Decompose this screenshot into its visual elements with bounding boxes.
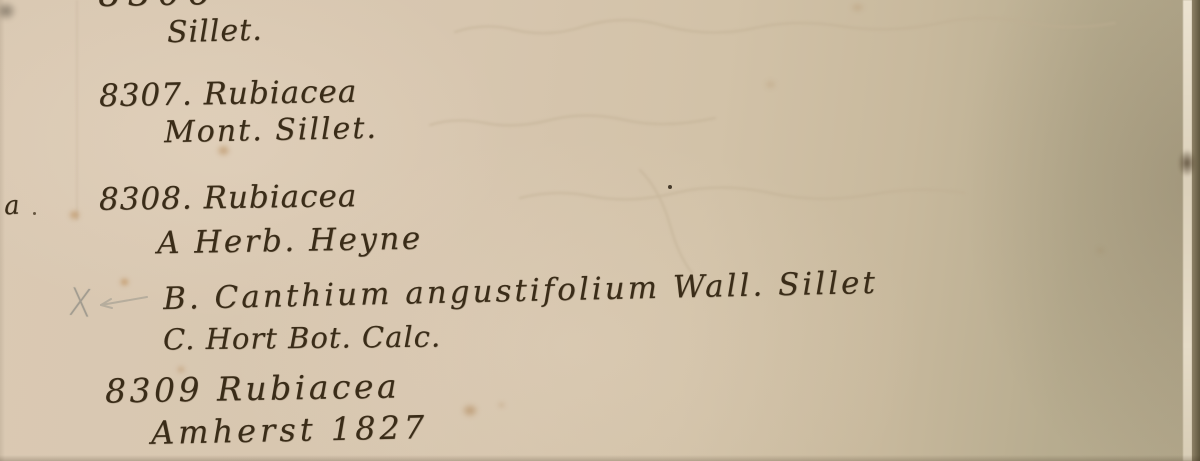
- margin-letter-dot: [33, 212, 36, 215]
- margin-letter-a: a: [3, 190, 21, 221]
- foxing-spot: [119, 277, 130, 287]
- entry-8307-number-family: 8307. Rubiacea: [99, 74, 358, 115]
- foxing-spot: [68, 209, 81, 221]
- pencil-left-arrow-icon: [95, 291, 149, 311]
- foxing-spot: [764, 79, 777, 90]
- entry-8307-locality: Mont. Sillet.: [164, 111, 379, 150]
- pencil-x-mark: X: [67, 279, 94, 326]
- foxing-spot: [850, 2, 865, 13]
- entry-8309-locality-year: Amherst 1827: [151, 408, 429, 452]
- foxing-spot: [497, 401, 506, 409]
- stray-ink-dot: [668, 185, 672, 189]
- foxing-spot: [461, 403, 479, 418]
- entry-number-partial-top: 8306: [98, 0, 218, 15]
- entry-8306-locality: Sillet.: [167, 13, 264, 50]
- foxing-spot: [1095, 246, 1106, 255]
- entry-8308-item-c: C. Hort Bot. Calc.: [163, 320, 441, 357]
- entry-8308-number-family: 8308. Rubiacea: [99, 178, 358, 218]
- entry-8309-number-family: 8309 Rubiacea: [105, 366, 401, 410]
- entry-8308-item-a: A Herb. Heyne: [157, 221, 423, 262]
- manuscript-page: 8306 Sillet. 8307. Rubiacea Mont. Sillet…: [0, 0, 1200, 461]
